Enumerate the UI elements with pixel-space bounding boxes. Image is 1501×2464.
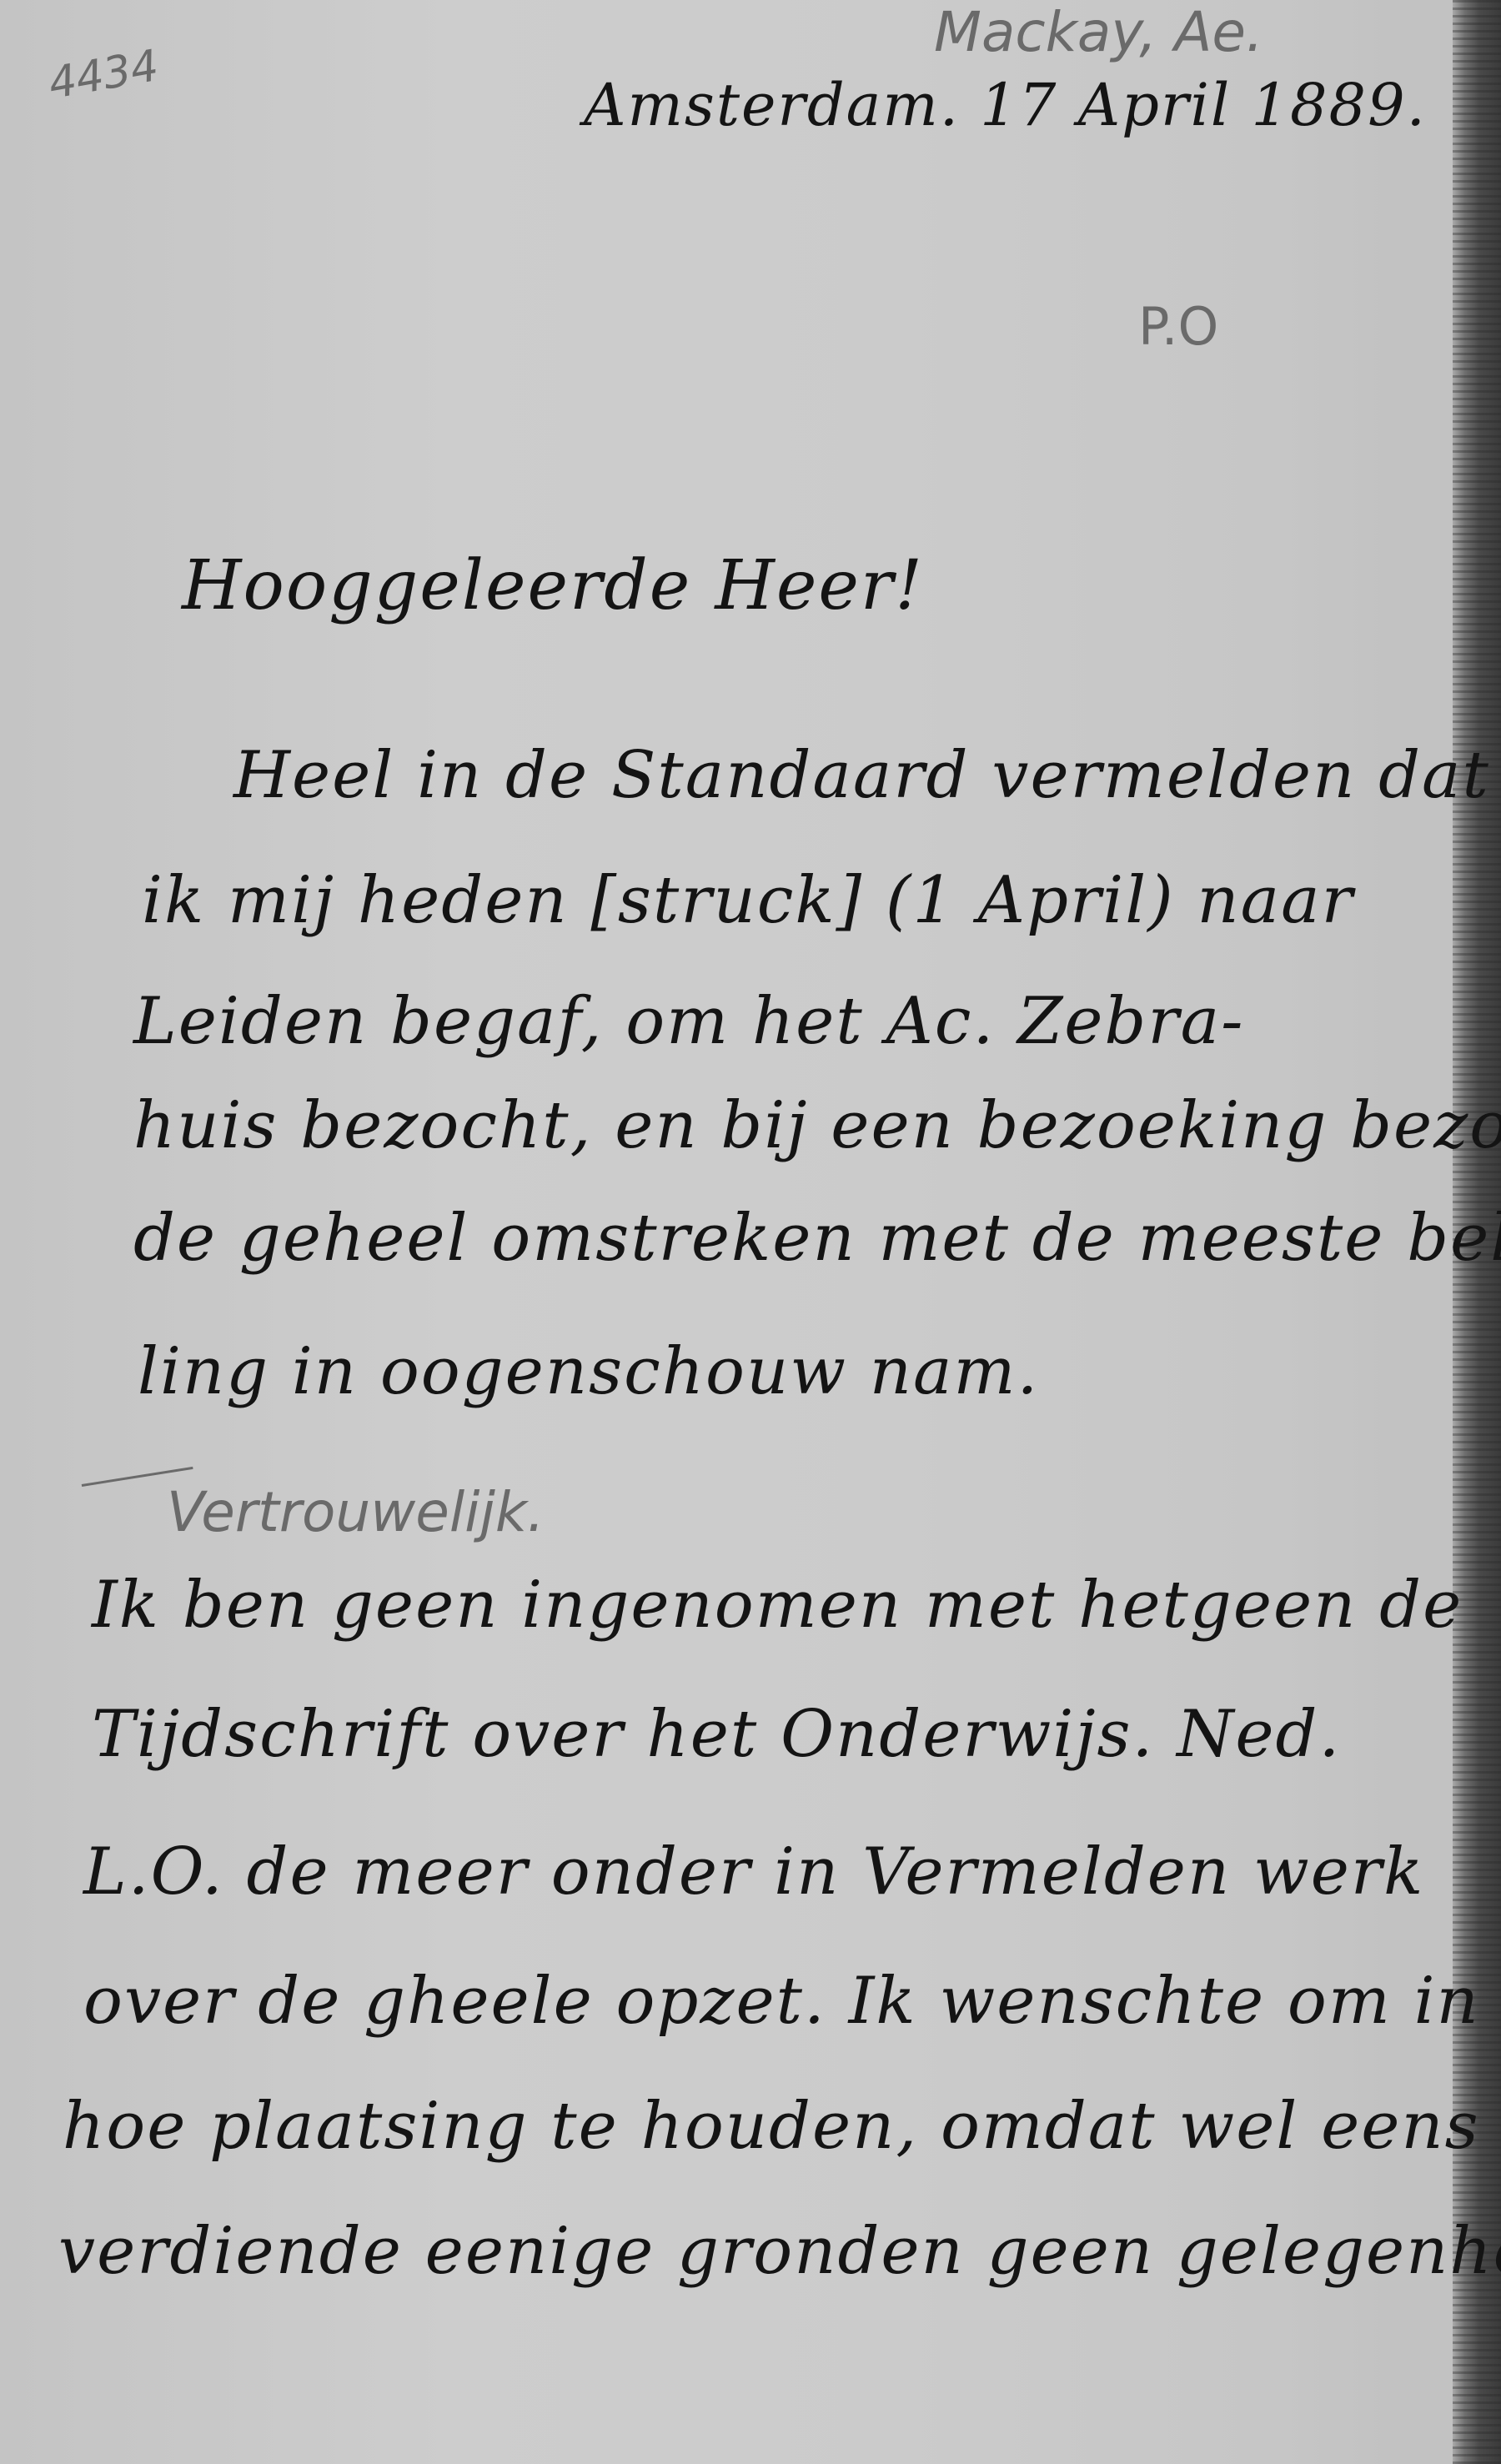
dateline: Amsterdam. 17 April 1889. — [584, 71, 1427, 139]
paragraph-1-line-3: Leiden begaf, om het Ac. Zebra- — [133, 984, 1245, 1059]
confidential-heading: Vertrouwelijk. — [167, 1480, 545, 1544]
paragraph-1-line-1: Heel in de Standaard vermelden dat — [233, 738, 1490, 813]
paragraph-1-line-4: huis bezocht, en bij een bezoeking bezoc… — [133, 1088, 1501, 1163]
paragraph-1-line-6: ling in oogenschouw nam. — [138, 1334, 1039, 1409]
letter-page: 4434 Mackay, Ae. Amsterdam. 17 April 188… — [0, 0, 1501, 2464]
paragraph-2-line-4: over de gheele opzet. Ik wenschte om in — [83, 1964, 1480, 2039]
paragraph-2-line-3: L.O. de meer onder in Vermelden werk — [83, 1834, 1424, 1909]
paragraph-1-line-2: ik mij heden [struck] (1 April) naar — [142, 863, 1354, 938]
salutation: Hooggeleerde Heer! — [182, 546, 924, 625]
paragraph-1-line-5: de geheel omstreken met de meeste belang… — [133, 1201, 1501, 1276]
paragraph-2-line-1: Ik ben geen ingenomen met hetgeen de — [92, 1568, 1463, 1643]
paragraph-2-line-5: hoe plaatsing te houden, omdat wel eens — [63, 2089, 1480, 2164]
correspondent-annotation: Mackay, Ae. — [934, 0, 1263, 64]
archive-number: 4434 — [45, 41, 163, 109]
paragraph-2-line-2: Tijdschrift over het Onderwijs. Ned. — [92, 1697, 1341, 1772]
paragraph-2-line-6: verdiende eenige gronden geen gelegenhei… — [58, 2214, 1501, 2289]
file-mark: P.O — [1138, 296, 1218, 357]
